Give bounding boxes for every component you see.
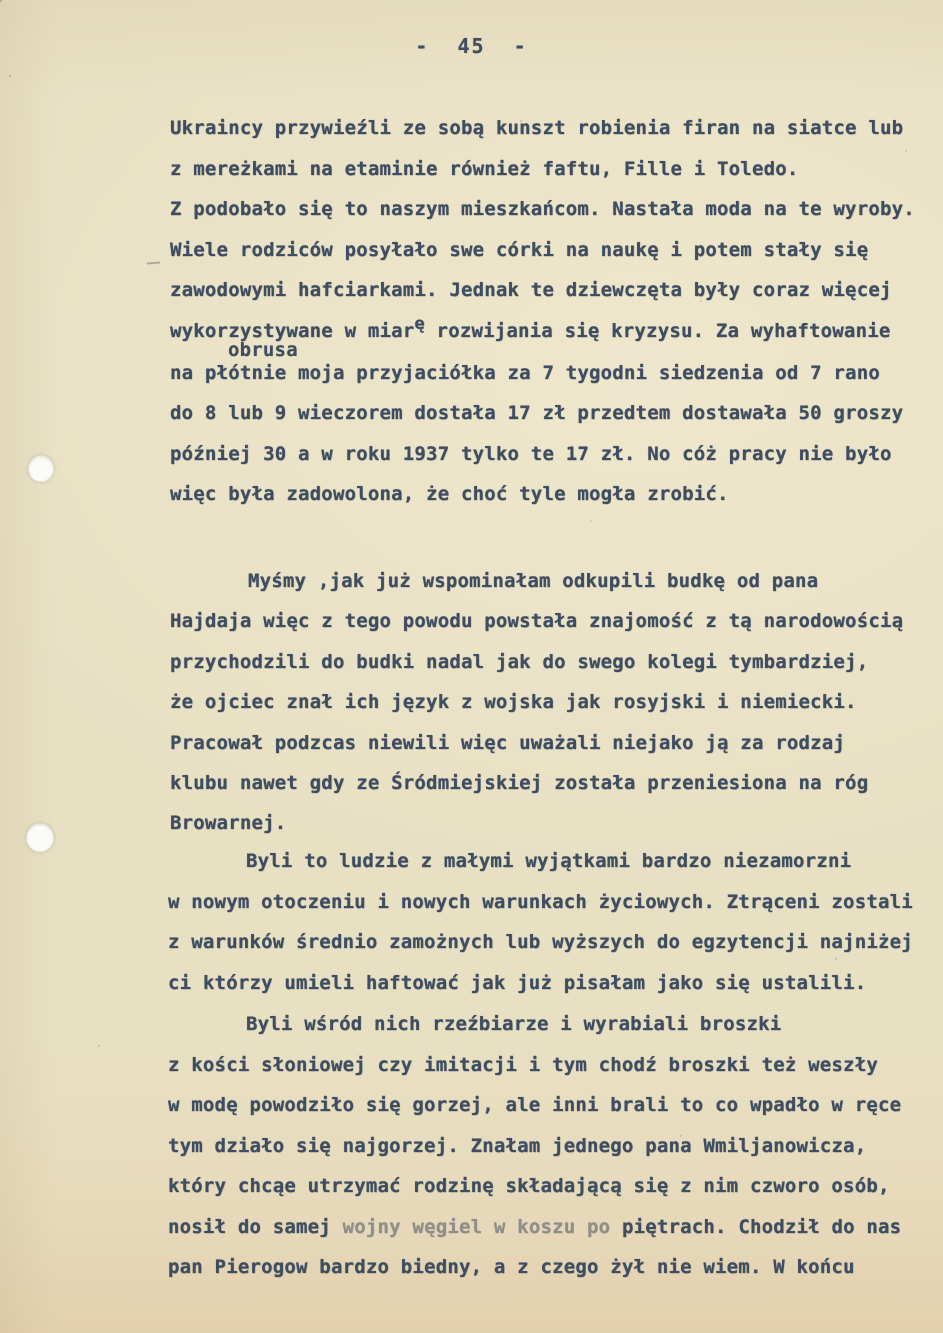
text-segment: Myśmy ,jak już wspominałam odkupili budk… [248, 570, 818, 592]
page-number: - 45 - [0, 34, 943, 58]
text-segment: z mereżkami na etaminie również faftu, F… [170, 158, 799, 180]
margin-mark [147, 262, 160, 265]
hole-punch-bottom [26, 823, 54, 852]
text-segment: do 8 lub 9 wieczorem dostała 17 zł przed… [170, 402, 903, 424]
text-segment: który chcąe utrzymać rodzinę składającą … [168, 1175, 890, 1197]
text-line: Byli wśród nich rzeźbiarze i wyrabiali b… [168, 1004, 901, 1045]
paper-specks [0, 0, 2, 2]
text-line: z mereżkami na etaminie również faftu, F… [170, 149, 915, 190]
text-line: z warunków średnio zamożnych lub wyższyc… [168, 922, 913, 963]
text-segment: z kości słoniowej czy imitacji i tym cho… [168, 1054, 878, 1076]
text-line: Hajdaja więc z tego powodu powstała znaj… [170, 601, 903, 641]
text-line: klubu nawet gdy ze Śródmiejskiej została… [170, 763, 903, 803]
text-segment: przychodzili do budki nadal jak do swego… [170, 651, 868, 673]
text-segment: że ojciec znał ich język z wojska jak ro… [170, 691, 857, 713]
text-segment: pan Pierogow bardzo biedny, a z czego ży… [168, 1256, 855, 1278]
paragraph: Myśmy ,jak już wspominałam odkupili budk… [170, 561, 903, 844]
text-line: w modę powodziło się gorzej, ale inni br… [168, 1085, 901, 1126]
text-segment: klubu nawet gdy ze Śródmiejskiej została… [170, 772, 868, 794]
scanned-typescript-page: - 45 - Ukraincy przywieźli ze sobą kunsz… [0, 0, 943, 1333]
text-segment: w nowym otoczeniu i nowych warunkach życ… [168, 891, 913, 913]
text-line: Byli to ludzie z małymi wyjątkami bardzo… [168, 841, 913, 882]
hole-punch-top [28, 455, 54, 482]
text-line: ci którzy umieli haftować jak już pisała… [168, 963, 913, 1004]
text-segment: Wiele rodziców posyłało swe córki na nau… [170, 239, 868, 261]
text-line: przychodzili do budki nadal jak do swego… [170, 642, 903, 682]
text-line: Wiele rodziców posyłało swe córki na nau… [170, 230, 915, 271]
text-segment: Pracował podzcas niewili więc uważali ni… [170, 732, 845, 754]
text-segment: Browarnej. [170, 812, 286, 834]
raised-character: ę [414, 314, 425, 334]
text-segment: wojny węgiel w koszu po [343, 1216, 622, 1238]
text-line: Ukraincy przywieźli ze sobą kunszt robie… [170, 108, 915, 149]
text-segment: w modę powodziło się gorzej, ale inni br… [168, 1094, 901, 1116]
text-line: później 30 a w roku 1937 tylko te 17 zł.… [170, 434, 915, 475]
paragraph: Byli wśród nich rzeźbiarze i wyrabiali b… [168, 1004, 901, 1288]
text-line: do 8 lub 9 wieczorem dostała 17 zł przed… [170, 393, 915, 434]
text-segment: później 30 a w roku 1937 tylko te 17 zł.… [170, 443, 892, 465]
paragraph: Byli to ludzie z małymi wyjątkami bardzo… [168, 841, 913, 1003]
text-line: Browarnej. [170, 803, 903, 843]
text-line: Myśmy ,jak już wspominałam odkupili budk… [170, 561, 903, 601]
interline-insertion: obrusa [228, 339, 298, 361]
text-segment: piętrach. Chodził do nas [622, 1216, 901, 1238]
text-segment: na płótnie moja przyjaciółka za 7 tygodn… [170, 362, 880, 384]
text-segment: Ukraincy przywieźli ze sobą kunszt robie… [170, 117, 903, 139]
text-segment: Byli to ludzie z małymi wyjątkami bardzo… [246, 850, 851, 872]
paragraph: Ukraincy przywieźli ze sobą kunszt robie… [170, 108, 915, 515]
text-line: Z podobało się to naszym mieszkańcom. Na… [170, 189, 915, 230]
text-line: Pracował podzcas niewili więc uważali ni… [170, 723, 903, 763]
text-segment: zawodowymi hafciarkami. Jednak te dziewc… [170, 279, 892, 301]
text-line: nosił do samej wojny węgiel w koszu po p… [168, 1207, 901, 1248]
text-segment: rozwijania się kryzysu. Za wyhaftowanie [425, 320, 891, 342]
text-segment: Hajdaja więc z tego powodu powstała znaj… [170, 610, 903, 632]
text-segment: więc była zadowolona, że choć tyle mogła… [170, 483, 729, 505]
text-segment: ci którzy umieli haftować jak już pisała… [168, 972, 866, 994]
text-line: więc była zadowolona, że choć tyle mogła… [170, 474, 915, 515]
text-segment: tym działo się najgorzej. Znałam jednego… [168, 1135, 866, 1157]
text-segment: Byli wśród nich rzeźbiarze i wyrabiali b… [246, 1013, 781, 1035]
text-line: pan Pierogow bardzo biedny, a z czego ży… [168, 1247, 901, 1288]
text-line: zawodowymi hafciarkami. Jednak te dziewc… [170, 270, 915, 311]
text-line: tym działo się najgorzej. Znałam jednego… [168, 1126, 901, 1167]
text-line: w nowym otoczeniu i nowych warunkach życ… [168, 882, 913, 923]
text-segment: z warunków średnio zamożnych lub wyższyc… [168, 931, 913, 953]
text-segment: nosił do samej [168, 1216, 343, 1238]
text-segment: Z podobało się to naszym mieszkańcom. Na… [170, 198, 915, 220]
text-line: że ojciec znał ich język z wojska jak ro… [170, 682, 903, 722]
text-line: który chcąe utrzymać rodzinę składającą … [168, 1166, 901, 1207]
text-line: z kości słoniowej czy imitacji i tym cho… [168, 1045, 901, 1086]
